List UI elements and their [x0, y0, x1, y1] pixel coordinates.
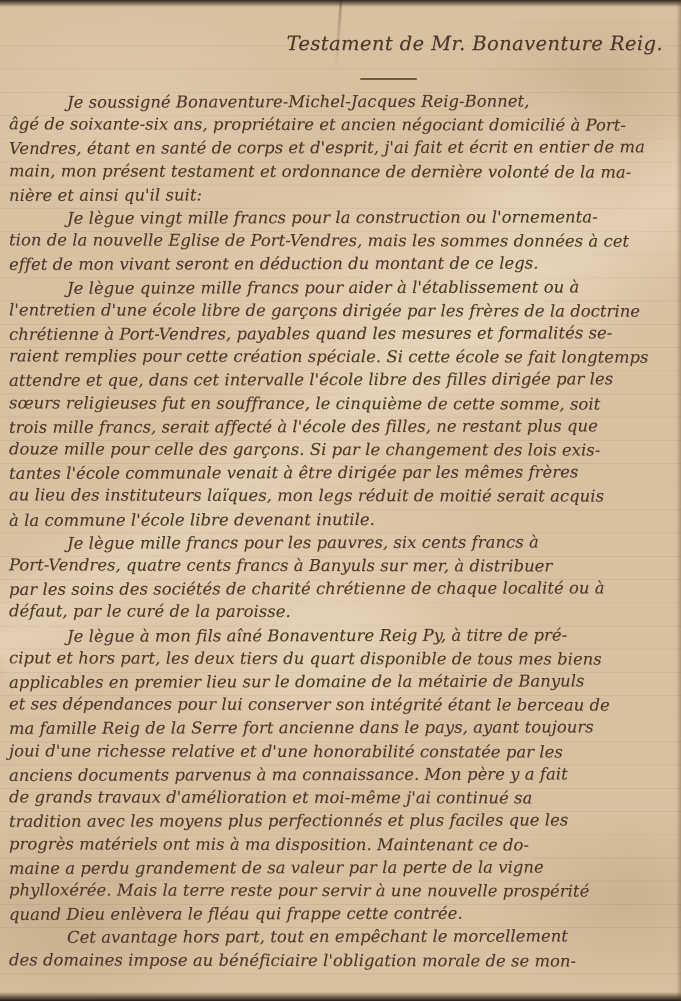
- text-line: Je lègue quinze mille francs pour aider …: [9, 275, 672, 300]
- text-line: et ses dépendances pour lui conserver so…: [9, 693, 672, 718]
- text-line: tantes l'école communale venait à être d…: [9, 460, 672, 485]
- text-line: Cet avantage hors part, tout en empêchan…: [9, 924, 672, 949]
- scan-edge-bottom: [0, 992, 681, 1001]
- text-line: douze mille pour celle des garçons. Si p…: [9, 437, 672, 462]
- text-line: chrétienne à Port-Vendres, payables quan…: [9, 321, 672, 346]
- text-line: effet de mon vivant seront en déduction …: [9, 252, 672, 277]
- text-line: maine a perdu grandement de sa valeur pa…: [9, 855, 672, 880]
- paragraph: Je lègue à mon fils aîné Bonaventure Rei…: [9, 624, 672, 926]
- text-line: au lieu des instituteurs laïques, mon le…: [9, 484, 672, 509]
- text-line: Je lègue vingt mille francs pour la cons…: [9, 205, 672, 230]
- text-line: défaut, par le curé de la paroisse.: [9, 600, 672, 625]
- text-line: l'entretien d'une école libre de garçons…: [9, 298, 672, 323]
- text-line: Je soussigné Bonaventure-Michel-Jacques …: [9, 89, 672, 114]
- text-line: des domaines impose au bénéficiaire l'ob…: [9, 948, 672, 973]
- paragraph: Je lègue mille francs pour les pauvres, …: [9, 531, 672, 624]
- text-line: Vendres, étant en santé de corps et d'es…: [9, 136, 672, 161]
- text-line: tradition avec les moyens plus perfectio…: [9, 808, 672, 833]
- paragraph: Cet avantage hors part, tout en empêchan…: [9, 925, 672, 971]
- title-underline: [360, 78, 417, 80]
- text-line: ma famille Reig de la Serre fort ancienn…: [9, 716, 672, 741]
- text-line: par les soins des sociétés de charité ch…: [9, 576, 672, 601]
- manuscript-page: Testament de Mr. Bonaventure Reig. Je so…: [0, 0, 681, 1001]
- text-line: attendre et que, dans cet intervalle l'é…: [9, 368, 672, 393]
- text-line: tion de la nouvelle Eglise de Port-Vendr…: [9, 229, 672, 254]
- paragraph: Je lègue vingt mille francs pour la cons…: [9, 206, 672, 276]
- text-line: de grands travaux d'amélioration et moi-…: [9, 785, 672, 810]
- text-line: sœurs religieuses fut en souffrance, le …: [9, 391, 672, 416]
- scan-edge-right: [676, 0, 681, 1001]
- text-line: applicables en premier lieu sur le domai…: [9, 669, 672, 694]
- document-title: Testament de Mr. Bonaventure Reig.: [287, 32, 663, 55]
- scan-edge-top: [0, 0, 681, 7]
- text-line: phylloxérée. Mais la terre reste pour se…: [9, 878, 672, 903]
- text-line: main, mon présent testament et ordonnanc…: [9, 159, 672, 184]
- text-line: nière et ainsi qu'il suit:: [9, 182, 672, 207]
- text-line: Je lègue à mon fils aîné Bonaventure Rei…: [9, 623, 672, 648]
- text-line: progrès matériels ont mis à ma dispositi…: [9, 832, 672, 857]
- document-body: Je soussigné Bonaventure-Michel-Jacques …: [9, 90, 672, 972]
- text-line: Port-Vendres, quatre cents francs à Bany…: [9, 553, 672, 578]
- text-line: âgé de soixante-six ans, propriétaire et…: [9, 113, 672, 138]
- text-line: ciput et hors part, les deux tiers du qu…: [9, 646, 672, 671]
- text-line: à la commune l'école libre devenant inut…: [9, 507, 672, 532]
- text-line: quand Dieu enlèvera le fléau qui frappe …: [9, 901, 672, 926]
- paragraph: Je lègue quinze mille francs pour aider …: [9, 276, 672, 531]
- text-line: joui d'une richesse relative et d'une ho…: [9, 739, 672, 764]
- text-line: trois mille francs, serait affecté à l'é…: [9, 414, 672, 439]
- text-line: raient remplies pour cette création spéc…: [9, 345, 672, 370]
- text-line: Je lègue mille francs pour les pauvres, …: [9, 530, 672, 555]
- paragraph: Je soussigné Bonaventure-Michel-Jacques …: [9, 90, 672, 206]
- text-line: anciens documents parvenus à ma connaiss…: [9, 762, 672, 787]
